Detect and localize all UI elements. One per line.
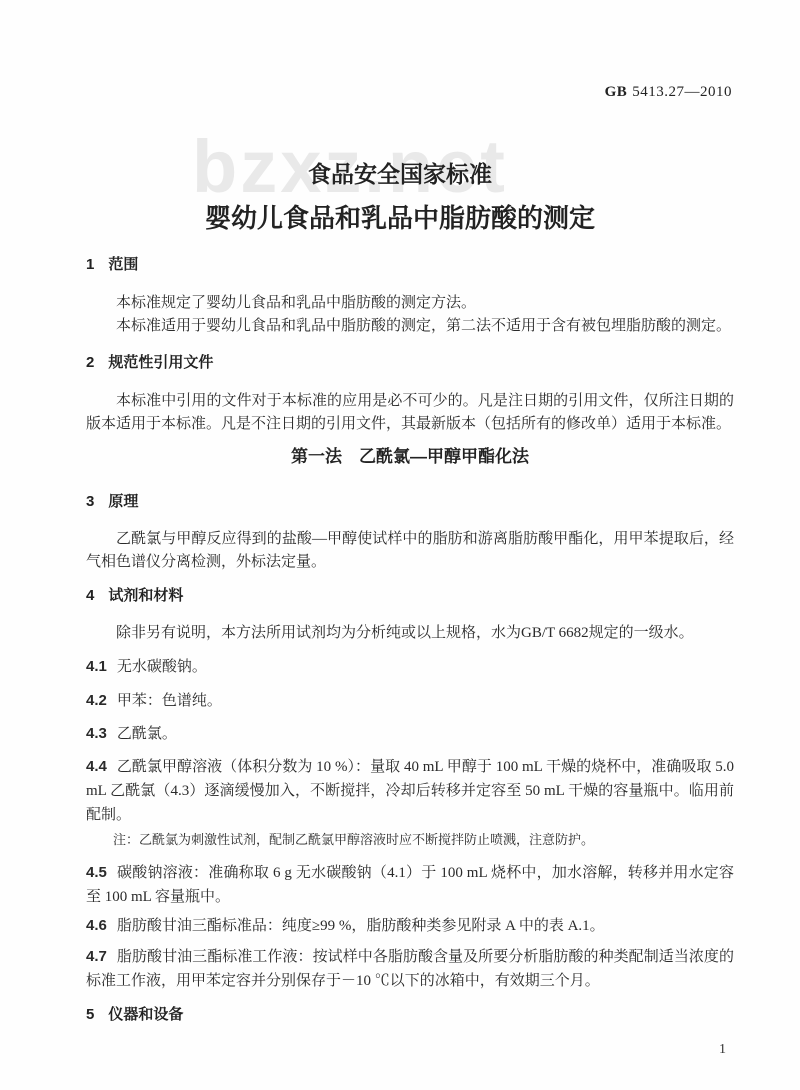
clause-4-4-text: 乙酰氯甲醇溶液（体积分数为 10 %）：量取 40 mL 甲醇于 100 mL … (86, 759, 734, 823)
section-4-heading: 4试剂和材料 (86, 586, 734, 605)
method-1-heading: 第一法 乙酰氯—甲醇甲酯化法 (86, 447, 734, 467)
clause-4-5: 4.5碳酸钠溶液：准确称取 6 g 无水碳酸钠（4.1）于 100 mL 烧杯中… (86, 861, 734, 909)
document-type-title: 食品安全国家标准 (0, 160, 800, 188)
clause-4-7-text: 脂肪酸甘油三酯标准工作液：按试样中各脂肪酸含量及所要分析脂肪酸的种类配制适当浓度… (86, 949, 734, 989)
scope-paragraph-2: 本标准适用于婴幼儿食品和乳品中脂肪酸的测定，第二法不适用于含有被包埋脂肪酸的测定… (86, 315, 734, 338)
standard-code-number: 5413.27—2010 (632, 84, 732, 100)
section-1-title: 范围 (108, 256, 138, 273)
clause-4-1: 4.1无水碳酸钠。 (86, 655, 734, 679)
clause-4-7-number: 4.7 (86, 948, 107, 965)
clause-4-4: 4.4乙酰氯甲醇溶液（体积分数为 10 %）：量取 40 mL 甲醇于 100 … (86, 755, 734, 827)
standard-code: GB5413.27—2010 (605, 84, 732, 101)
clause-4-4-number: 4.4 (86, 758, 107, 775)
reagents-intro-paragraph: 除非另有说明，本方法所用试剂均为分析纯或以上规格，水为GB/T 6682规定的一… (86, 622, 734, 645)
section-4-number: 4 (86, 587, 94, 604)
standard-code-prefix: GB (605, 84, 628, 100)
clause-4-5-number: 4.5 (86, 864, 107, 881)
section-1-number: 1 (86, 256, 94, 273)
clause-4-2: 4.2甲苯：色谱纯。 (86, 689, 734, 713)
section-4-title: 试剂和材料 (108, 587, 183, 604)
clause-4-1-number: 4.1 (86, 658, 107, 675)
clause-4-3: 4.3乙酰氯。 (86, 722, 734, 746)
clause-4-3-text: 乙酰氯。 (117, 726, 177, 742)
clause-4-2-number: 4.2 (86, 692, 107, 709)
clause-4-6-number: 4.6 (86, 917, 107, 934)
section-5-heading: 5仪器和设备 (86, 1005, 734, 1024)
section-5-title: 仪器和设备 (108, 1006, 183, 1023)
clause-4-6: 4.6脂肪酸甘油三酯标准品：纯度≥99 %，脂肪酸种类参见附录 A 中的表 A.… (86, 914, 734, 938)
section-3-number: 3 (86, 493, 94, 510)
document-body: 1范围 本标准规定了婴幼儿食品和乳品中脂肪酸的测定方法。 本标准适用于婴幼儿食品… (86, 234, 734, 1024)
clause-4-3-number: 4.3 (86, 725, 107, 742)
clause-4-7: 4.7脂肪酸甘油三酯标准工作液：按试样中各脂肪酸含量及所要分析脂肪酸的种类配制适… (86, 945, 734, 993)
section-2-heading: 2规范性引用文件 (86, 353, 734, 372)
safety-note: 注：乙酰氯为刺激性试剂，配制乙酰氯甲醇溶液时应不断搅拌防止喷溅，注意防护。 (113, 831, 734, 848)
document-title: 婴幼儿食品和乳品中脂肪酸的测定 (0, 202, 800, 234)
section-2-title: 规范性引用文件 (108, 354, 213, 371)
clause-4-6-text: 脂肪酸甘油三酯标准品：纯度≥99 %，脂肪酸种类参见附录 A 中的表 A.1。 (117, 918, 605, 934)
page-number: 1 (719, 1042, 726, 1058)
document-page: GB5413.27—2010 bzxz.net 食品安全国家标准 婴幼儿食品和乳… (0, 0, 800, 1090)
section-5-number: 5 (86, 1006, 94, 1023)
clause-4-5-text: 碳酸钠溶液：准确称取 6 g 无水碳酸钠（4.1）于 100 mL 烧杯中，加水… (86, 865, 734, 905)
principle-paragraph: 乙酰氯与甲醇反应得到的盐酸—甲醇使试样中的脂肪和游离脂肪酸甲酯化，用甲苯提取后，… (86, 528, 734, 574)
scope-paragraph-1: 本标准规定了婴幼儿食品和乳品中脂肪酸的测定方法。 (86, 292, 734, 315)
normative-references-paragraph: 本标准中引用的文件对于本标准的应用是必不可少的。凡是注日期的引用文件，仅所注日期… (86, 390, 734, 436)
clause-4-2-text: 甲苯：色谱纯。 (117, 693, 222, 709)
section-3-title: 原理 (108, 493, 138, 510)
section-1-heading: 1范围 (86, 255, 734, 274)
section-3-heading: 3原理 (86, 492, 734, 511)
section-2-number: 2 (86, 354, 94, 371)
clause-4-1-text: 无水碳酸钠。 (117, 659, 207, 675)
